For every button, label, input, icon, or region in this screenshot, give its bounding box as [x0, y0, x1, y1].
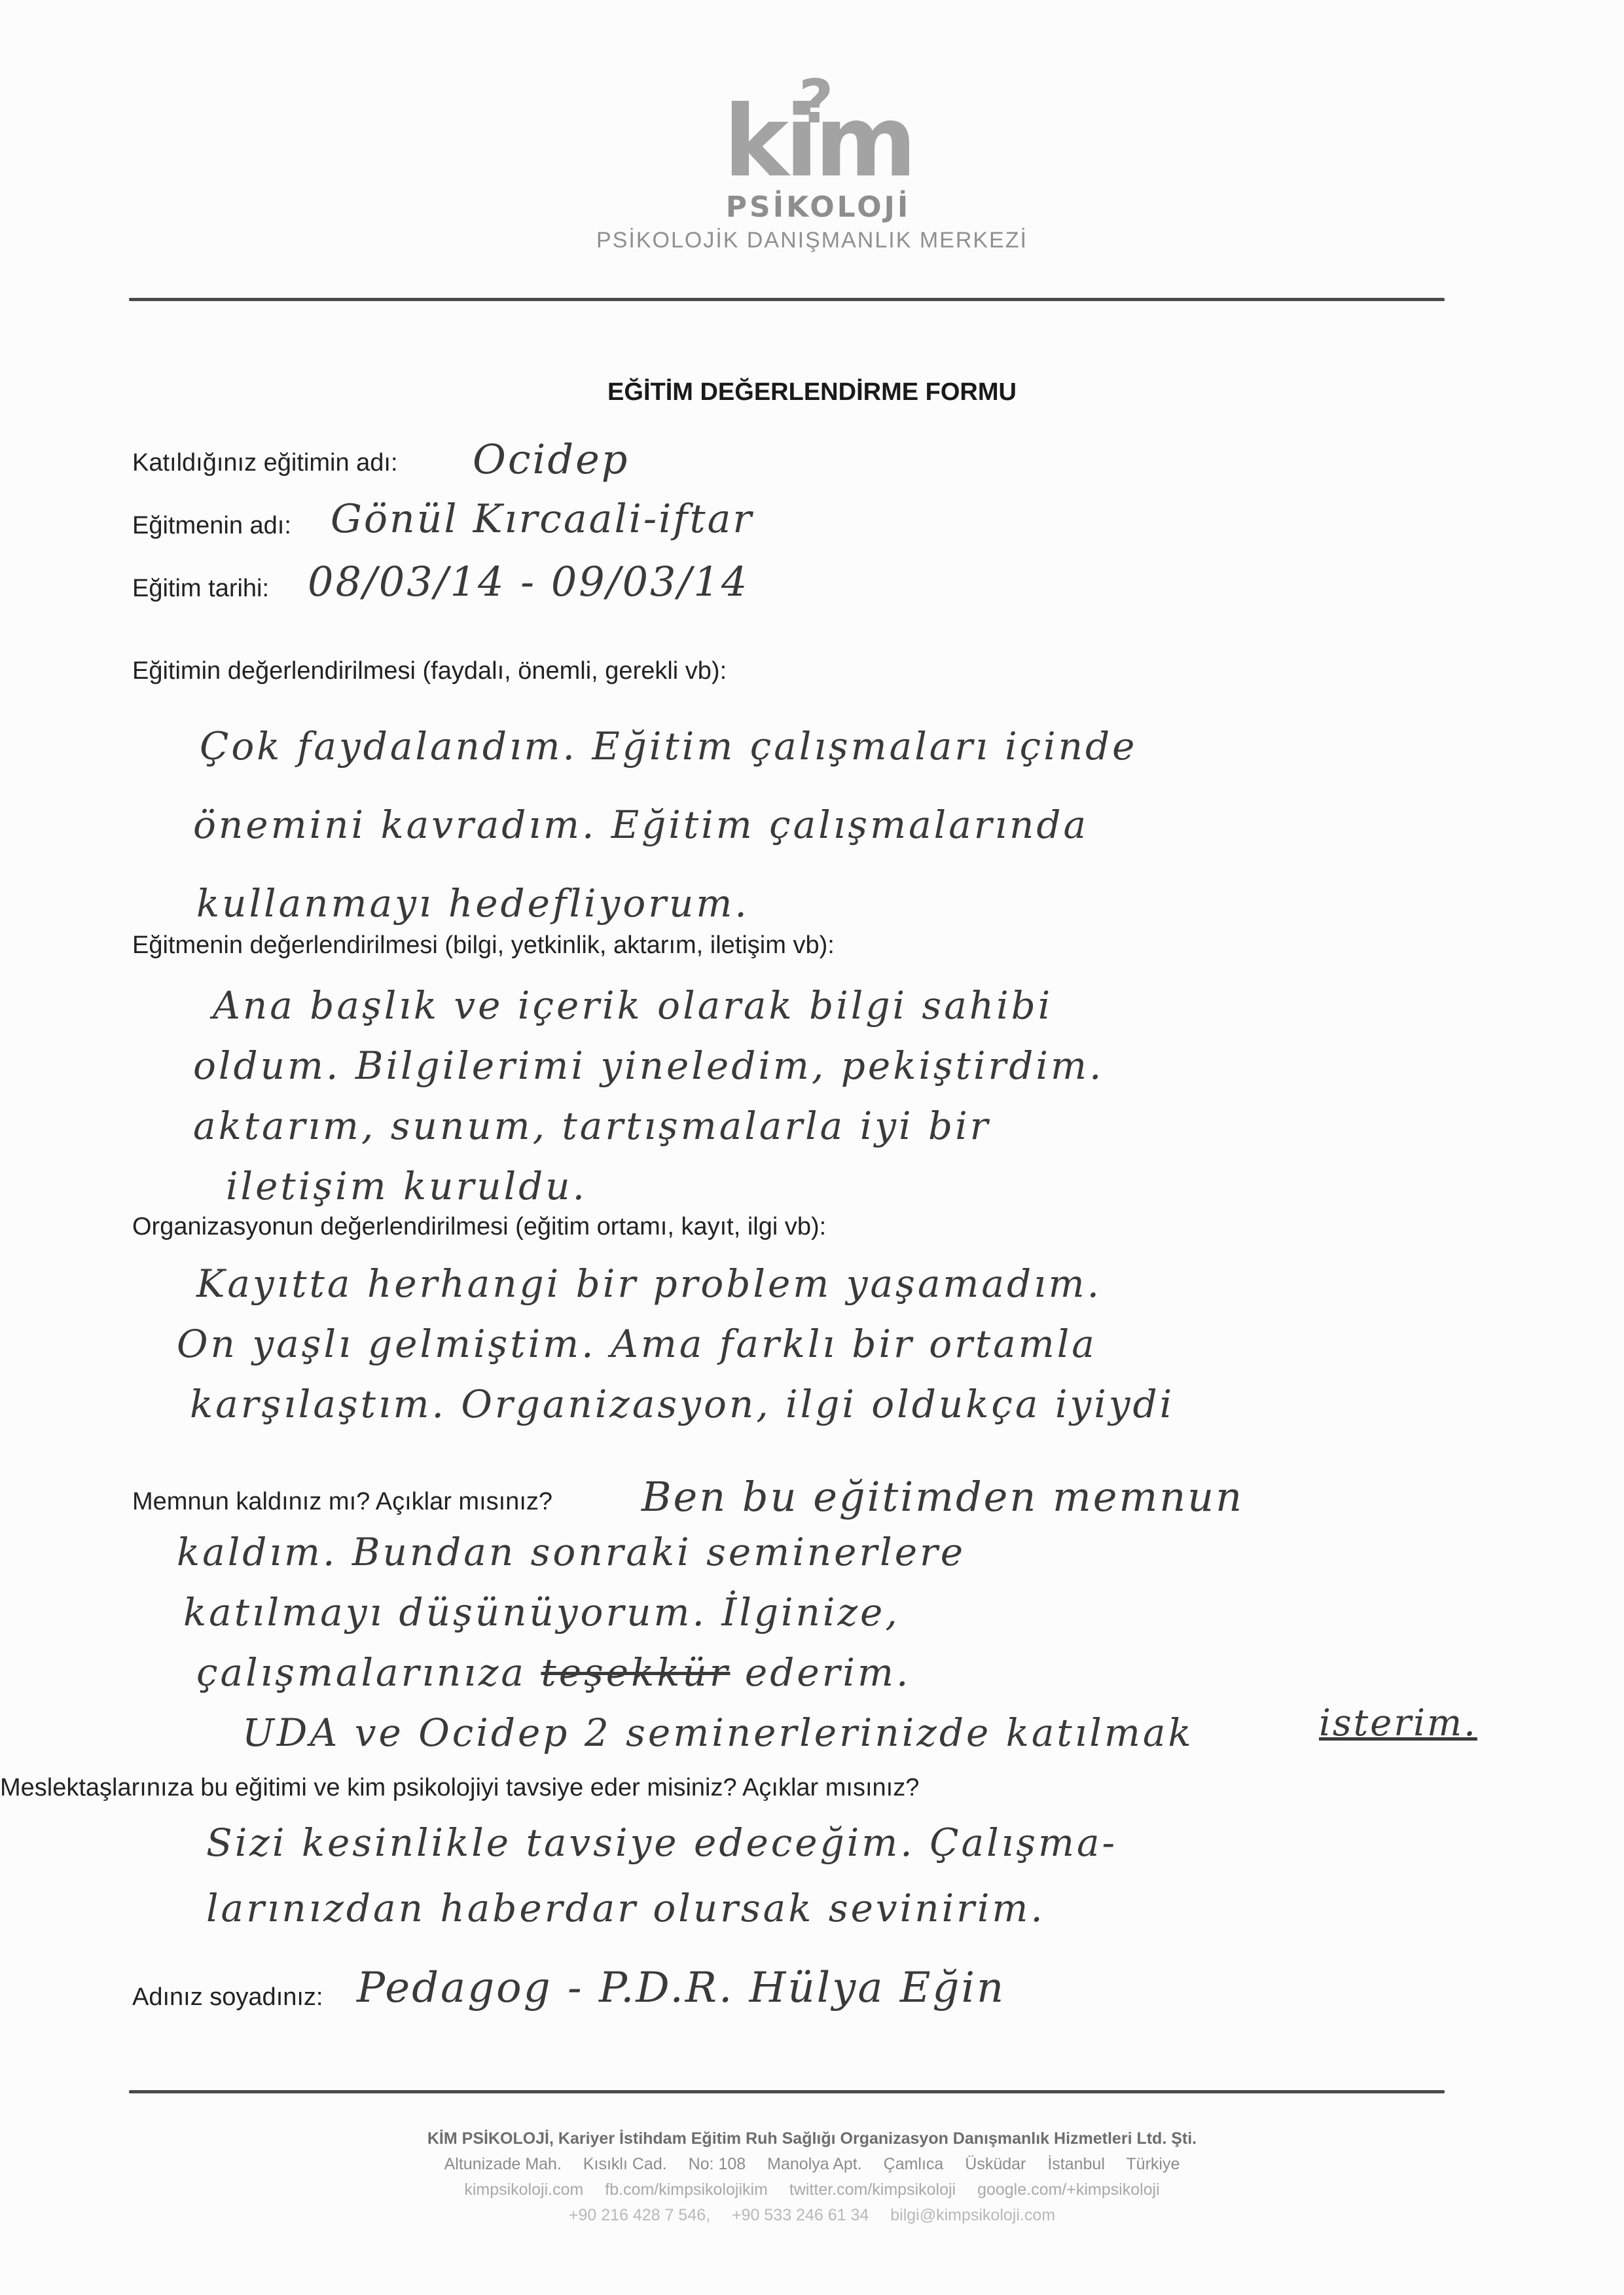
address-part: Türkiye [1126, 2155, 1180, 2173]
recommendation-label: Meslektaşlarınıza bu eğitimi ve kim psik… [0, 1774, 919, 1802]
answer-line: UDA ve Ocidep 2 seminerlerinizde katılma… [242, 1703, 1194, 1763]
organization-evaluation-answer[interactable]: Kayıtta herhangi bir problem yaşamadım. … [196, 1254, 1174, 1434]
footer-company-name: KİM PSİKOLOJİ, Kariyer İstihdam Eğitim R… [0, 2126, 1624, 2152]
phone-number: +90 533 246 61 34 [732, 2206, 869, 2224]
trainer-evaluation-label: Eğitmenin değerlendirilmesi (bilgi, yetk… [132, 931, 835, 960]
answer-line: karşılaştım. Organizasyon, ilgi oldukça … [190, 1374, 1174, 1434]
answer-line: kaldım. Bundan sonraki seminerlere [177, 1522, 1194, 1582]
footer-web-links: kimpsikoloji.com fb.com/kimpsikolojikim … [0, 2177, 1624, 2203]
training-name-label: Katıldığınız eğitimin adı: [132, 449, 398, 477]
footer: KİM PSİKOLOJİ, Kariyer İstihdam Eğitim R… [0, 2126, 1624, 2228]
organization-evaluation-label: Organizasyonun değerlendirilmesi (eğitim… [132, 1213, 826, 1241]
twitter-link[interactable]: twitter.com/kimpsikoloji [789, 2180, 956, 2199]
address-part: Altunizade Mah. [444, 2155, 562, 2173]
footer-address: Altunizade Mah. Kısıklı Cad. No: 108 Man… [0, 2152, 1624, 2177]
training-name-value[interactable]: Ocidep [473, 435, 629, 483]
address-part: Çamlıca [884, 2155, 944, 2173]
answer-line: Çok faydalandım. Eğitim çalışmaları için… [200, 707, 1137, 786]
phone-number: +90 216 428 7 546, [569, 2206, 710, 2224]
address-part: İstanbul [1047, 2155, 1105, 2173]
full-name-label: Adınız soyadınız: [132, 1983, 323, 2012]
address-part: No: 108 [689, 2155, 746, 2173]
trainer-name-value[interactable]: Gönül Kırcaali-iftar [331, 496, 753, 542]
satisfaction-answer-continuation: isterim. [1319, 1702, 1477, 1744]
full-name-value[interactable]: Pedagog - P.D.R. Hülya Eğin [357, 1964, 1005, 2012]
answer-line: Sizi kesinlikle tavsiye edeceğim. Çalışm… [206, 1810, 1117, 1875]
answer-line: çalışmalarınıza teşekkür ederim. [196, 1642, 1194, 1703]
google-plus-link[interactable]: google.com/+kimpsikoloji [977, 2180, 1160, 2199]
answer-line: On yaşlı gelmiştim. Ama farklı bir ortam… [177, 1314, 1174, 1374]
address-part: Manolya Apt. [767, 2155, 862, 2173]
trainer-evaluation-answer[interactable]: Ana başlık ve içerik olarak bilgi sahibi… [213, 975, 1104, 1216]
training-date-label: Eğitim tarihi: [132, 575, 269, 603]
answer-line: Ana başlık ve içerik olarak bilgi sahibi [213, 975, 1104, 1036]
training-date-value[interactable]: 08/03/14 - 09/03/14 [308, 558, 749, 605]
facebook-link[interactable]: fb.com/kimpsikolojikim [605, 2180, 768, 2199]
header-divider [129, 298, 1445, 301]
answer-line: katılmayı düşünüyorum. İlginize, [183, 1582, 1194, 1642]
recommendation-answer[interactable]: Sizi kesinlikle tavsiye edeceğim. Çalışm… [206, 1810, 1117, 1941]
logo-mark: kim ? [694, 98, 943, 187]
website-link[interactable]: kimpsikoloji.com [464, 2180, 583, 2199]
footer-divider [129, 2090, 1445, 2093]
form-title: EĞİTİM DEĞERLENDİRME FORMU [0, 378, 1624, 407]
satisfaction-label: Memnun kaldınız mı? Açıklar mısınız? [132, 1488, 552, 1516]
email-link[interactable]: bilgi@kimpsikoloji.com [890, 2206, 1055, 2224]
satisfaction-answer[interactable]: kaldım. Bundan sonraki seminerlere katıl… [177, 1522, 1194, 1763]
training-evaluation-label: Eğitimin değerlendirilmesi (faydalı, öne… [132, 657, 727, 685]
footer-contact: +90 216 428 7 546, +90 533 246 61 34 bil… [0, 2203, 1624, 2228]
kim-psikoloji-logo: kim ? PSİKOLOJİ [694, 98, 943, 229]
answer-line: oldum. Bilgilerimi yineledim, pekiştirdi… [193, 1036, 1104, 1096]
answer-line: Kayıtta herhangi bir problem yaşamadım. [196, 1254, 1174, 1314]
answer-line: aktarım, sunum, tartışmalarla iyi bir [193, 1096, 1104, 1156]
answer-line: iletişim kuruldu. [226, 1156, 1104, 1216]
center-tagline: PSİKOLOJİK DANIŞMANLIK MERKEZİ [0, 228, 1624, 253]
trainer-name-label: Eğitmenin adı: [132, 512, 291, 540]
satisfaction-answer-first-line[interactable]: Ben bu eğitimden memnun [641, 1473, 1244, 1521]
struck-word: teşekkür [541, 1650, 730, 1695]
answer-line: önemini kavradım. Eğitim çalışmalarında [193, 786, 1137, 864]
training-evaluation-answer[interactable]: Çok faydalandım. Eğitim çalışmaları için… [200, 707, 1137, 943]
address-part: Kısıklı Cad. [583, 2155, 667, 2173]
answer-line: kullanmayı hedefliyorum. [196, 864, 1137, 943]
evaluation-form-page: kim ? PSİKOLOJİ PSİKOLOJİK DANIŞMANLIK M… [0, 0, 1624, 2295]
answer-line: larınızdan haberdar olursak sevinirim. [206, 1875, 1117, 1941]
question-mark-icon: ? [799, 58, 829, 146]
address-part: Üsküdar [965, 2155, 1026, 2173]
